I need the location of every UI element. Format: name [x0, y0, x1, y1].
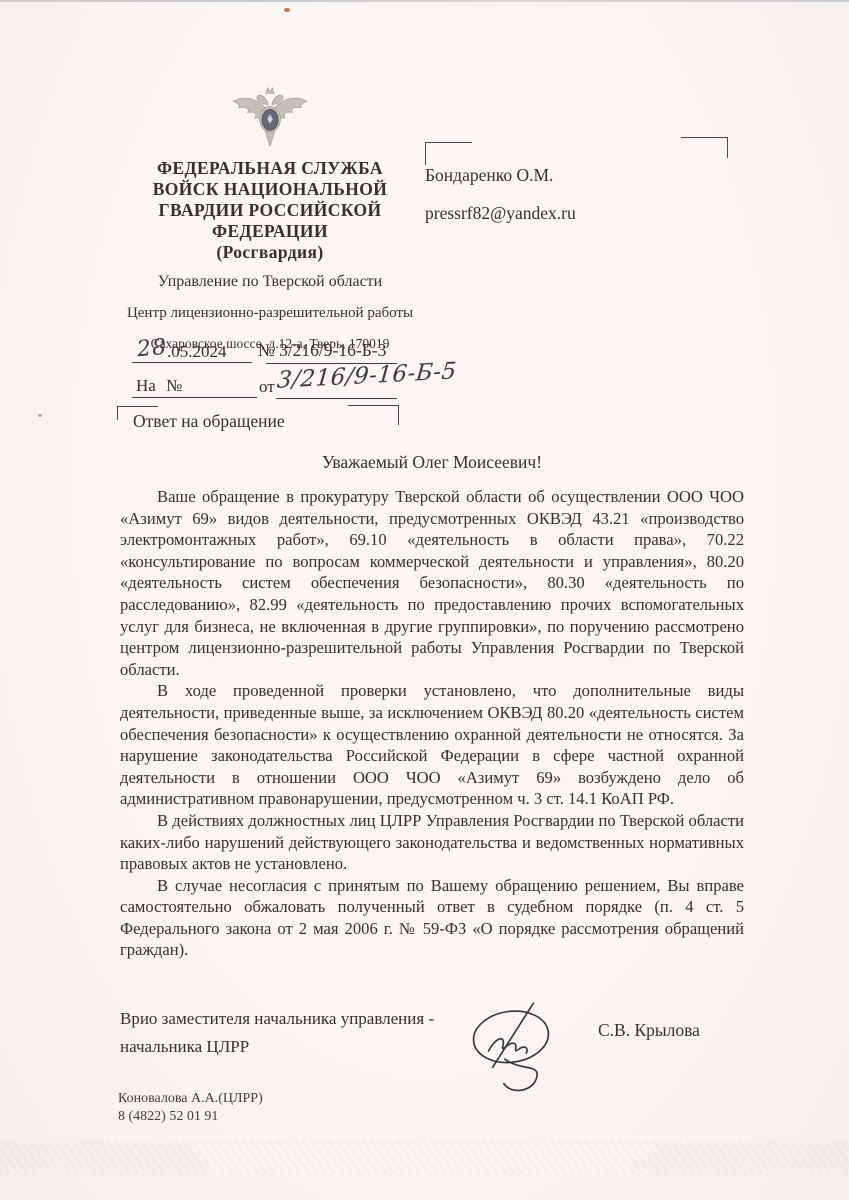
org-name-line: ГВАРДИИ РОССИЙСКОЙ — [104, 200, 436, 221]
date-month-year: .05.2024 — [167, 342, 227, 362]
org-name-line: ФЕДЕРАЦИИ — [104, 221, 436, 242]
body-paragraph: В ходе проведенной проверки установлено,… — [120, 680, 744, 810]
body-paragraph: Ваше обращение в прокуратуру Тверской об… — [120, 486, 744, 680]
recipient-name: Бондаренко О.М. — [425, 165, 553, 186]
signer-position-line: Врио заместителя начальника управления - — [120, 1005, 434, 1033]
executor-name: Коновалова А.А.(ЦЛРР) — [118, 1091, 263, 1107]
executor-phone: 8 (4822) 52 01 91 — [118, 1109, 218, 1125]
from-underline — [276, 398, 397, 399]
letter-body: Ваше обращение в прокуратуру Тверской об… — [120, 486, 744, 961]
body-paragraph: В действиях должностных лиц ЦЛРР Управле… — [120, 810, 744, 875]
address-zone-corner-mark-left — [425, 142, 472, 165]
from-label: от — [259, 377, 275, 397]
incoming-number-underline — [132, 397, 257, 398]
incoming-number-label: На № — [136, 376, 182, 396]
scan-speck — [38, 414, 42, 417]
signer-position-line: начальника ЦЛРР — [120, 1033, 434, 1061]
salutation: Уважаемый Олег Моисеевич! — [120, 452, 744, 473]
signer-name: С.В. Крылова — [598, 1020, 700, 1041]
address-zone-corner-mark-right — [681, 137, 728, 158]
scan-bottom-artifact — [0, 1140, 849, 1174]
outgoing-number: № 3/216/9-16-Б-3 — [258, 340, 386, 361]
org-name-line: ВОЙСК НАЦИОНАЛЬНОЙ — [104, 179, 436, 200]
date-underline — [132, 362, 252, 363]
signer-position: Врио заместителя начальника управления -… — [120, 1005, 434, 1061]
rosgvardia-eagle-emblem-icon — [222, 84, 318, 154]
org-name-line: ФЕДЕРАЛЬНАЯ СЛУЖБА — [104, 158, 436, 179]
signature-autograph-icon — [452, 998, 574, 1100]
letterhead: ФЕДЕРАЛЬНАЯ СЛУЖБА ВОЙСК НАЦИОНАЛЬНОЙ ГВ… — [104, 84, 436, 352]
scan-speck — [284, 8, 290, 12]
subject-corner-mark-right — [348, 405, 399, 425]
department-name: Управление по Тверской области — [104, 273, 436, 291]
scanned-letter-page: ФЕДЕРАЛЬНАЯ СЛУЖБА ВОЙСК НАЦИОНАЛЬНОЙ ГВ… — [0, 0, 849, 1200]
body-paragraph: В случае несогласия с принятым по Вашему… — [120, 875, 744, 961]
scan-edge-artifact — [0, 0, 849, 2]
division-name: Центр лицензионно-разрешительной работы — [104, 305, 436, 322]
org-short-name: (Росгвардия) — [104, 242, 436, 263]
date-day-handwritten: 28 — [136, 335, 168, 363]
recipient-email: pressrf82@yandex.ru — [425, 203, 576, 224]
subject-line: Ответ на обращение — [133, 411, 285, 432]
